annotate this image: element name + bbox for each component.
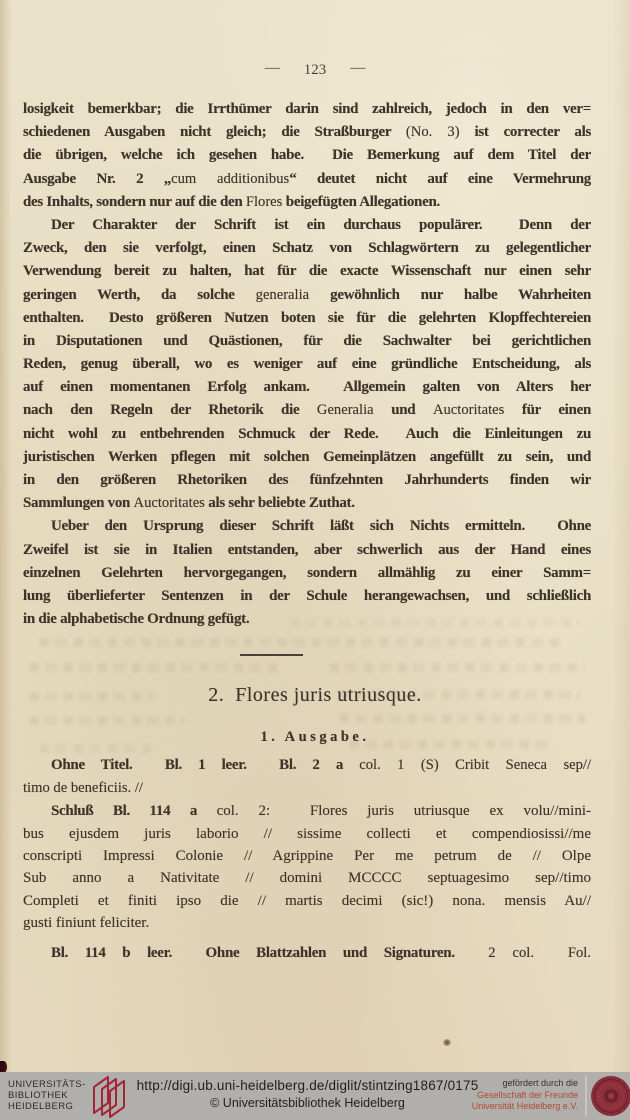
footer-bar: UNIVERSITÄTS- BIBLIOTHEK HEIDELBERG http…: [0, 1072, 630, 1120]
antiqua-text: col. 2: Flores juris utriusque ex volu//…: [217, 803, 591, 819]
antiqua-text: Auctoritates: [433, 402, 504, 418]
paragraph: Ohne Titel. Bl. 1 leer. Bl. 2 a col. 1 (…: [23, 757, 591, 803]
text-line: des Inhalts, sondern nur auf die den Flo…: [23, 194, 591, 217]
fraktur-text: “ deutet nicht auf eine Vermehrung: [289, 171, 591, 187]
text-line: Ohne Titel. Bl. 1 leer. Bl. 2 a col. 1 (…: [23, 757, 591, 780]
fraktur-text: beigefügten Allegationen.: [282, 194, 440, 210]
funding-note: gefördert durch die Gesellschaft der Fre…: [458, 1078, 578, 1113]
fraktur-text: und: [374, 402, 433, 418]
fraktur-text: Zweifel ist sie in Italien entstanden, a…: [23, 542, 591, 558]
body-text-upper: losigkeit bemerkbar; die Irrthümer darin…: [23, 101, 591, 634]
copyright-line: © Universitätsbibliothek Heidelberg: [135, 1096, 480, 1110]
text-line: conscripti Impressi Colonie // Agrippine…: [23, 848, 591, 870]
scanned-page: —123— losigkeit bemerkbar; die Irrthümer…: [0, 0, 630, 1072]
page-number-dash: —: [350, 60, 365, 76]
fraktur-text: gewöhnlich nur halbe Wahrheiten: [309, 287, 591, 303]
antiqua-text: bus ejusdem juris laborio // sissime col…: [23, 826, 591, 842]
library-name-line: UNIVERSITÄTS-: [8, 1079, 86, 1090]
paragraph: Schluß Bl. 114 a col. 2: Flores juris ut…: [23, 803, 591, 937]
antiqua-text: conscripti Impressi Colonie // Agrippine…: [23, 848, 591, 864]
text-line: schiedenen Ausgaben nicht gleich; die St…: [23, 124, 591, 147]
fraktur-text: Ohne Titel. Bl. 1 leer. Bl. 2 a: [51, 757, 359, 773]
text-line: Zweifel ist sie in Italien entstanden, a…: [23, 542, 591, 565]
antiqua-text: col. 1 (S) Cribit Seneca sep//: [359, 757, 591, 773]
text-line: Ueber den Ursprung dieser Schrift läßt s…: [23, 518, 591, 541]
fraktur-text: in die alphabetische Ordnung gefügt.: [23, 611, 249, 627]
fraktur-text: in Disputationen und Quästionen, für die…: [23, 333, 591, 349]
bleed-through: [30, 716, 185, 725]
text-line: in den größeren Rhetoriken des fünfzehnt…: [23, 472, 591, 495]
text-line: Completi et finiti ipso die // martis de…: [23, 893, 591, 915]
text-line: Sub anno a Nativitate // domini MCCCC se…: [23, 870, 591, 892]
paragraph: Der Charakter der Schrift ist ein durcha…: [23, 217, 591, 518]
bleed-through: [330, 663, 585, 672]
fraktur-text: einzelnen Gelehrten hervorgegangen, sond…: [23, 565, 591, 581]
fraktur-text: losigkeit bemerkbar; die Irrthümer darin…: [23, 101, 591, 117]
scan-url: http://digi.ub.uni-heidelberg.de/diglit/…: [135, 1078, 480, 1093]
library-name-line: BIBLIOTHEK: [8, 1090, 86, 1101]
funding-line: gefördert durch die: [458, 1078, 578, 1090]
page-number: —123—: [0, 62, 630, 79]
antiqua-text: Flores: [246, 194, 282, 210]
fraktur-text: Bl. 114 b leer. Ohne Blattzahlen und Sig…: [51, 945, 488, 961]
text-line: Schluß Bl. 114 a col. 2: Flores juris ut…: [23, 803, 591, 825]
fraktur-text: Reden, genug überall, wo es weniger auf …: [23, 356, 591, 372]
body-text-lower: Ohne Titel. Bl. 1 leer. Bl. 2 a col. 1 (…: [23, 757, 591, 968]
fraktur-text: in den größeren Rhetoriken des fünfzehnt…: [23, 472, 591, 488]
antiqua-text: 2 col. Fol.: [488, 945, 591, 961]
text-line: juristischen Werken pflegen mit solchen …: [23, 449, 591, 472]
fraktur-text: ist correcter als: [460, 124, 591, 140]
antiqua-text: Sub anno a Nativitate // domini MCCCC se…: [23, 870, 591, 886]
text-line: einzelnen Gelehrten hervorgegangen, sond…: [23, 565, 591, 588]
fraktur-text: Ueber den Ursprung dieser Schrift läßt s…: [51, 518, 591, 534]
university-seal-icon: [589, 1074, 630, 1120]
text-line: die übrigen, welche ich gesehen habe. Di…: [23, 147, 591, 170]
text-line: geringen Werth, da solche generalia gewö…: [23, 287, 591, 310]
text-line: bus ejusdem juris laborio // sissime col…: [23, 826, 591, 848]
text-line: auf einen momentanen Erfolg ankam. Allge…: [23, 379, 591, 402]
fraktur-text: als sehr beliebte Zuthat.: [205, 495, 355, 511]
text-line: timo de beneficiis. //: [23, 780, 591, 803]
fraktur-text: für einen: [504, 402, 591, 418]
antiqua-text: Auctoritates: [134, 495, 205, 511]
paper-stain: [443, 1039, 451, 1046]
fraktur-text: nach den Regeln der Rhetorik die: [23, 402, 317, 418]
text-line: lung überlieferter Sentenzen in der Schu…: [23, 588, 591, 611]
antiqua-text: Generalia: [317, 402, 374, 418]
library-name-line: HEIDELBERG: [8, 1101, 86, 1112]
bleed-through: [340, 714, 585, 723]
page-number-value: 123: [304, 62, 327, 78]
funding-line: Gesellschaft der Freunde: [458, 1090, 578, 1102]
fraktur-text: enthalten. Desto größeren Nutzen boten s…: [23, 310, 591, 326]
page-number-dash: —: [265, 60, 280, 76]
text-line: Zweck, den sie verfolgt, einen Schatz vo…: [23, 240, 591, 263]
text-line: in Disputationen und Quästionen, für die…: [23, 333, 591, 356]
text-line: nach den Regeln der Rhetorik die General…: [23, 402, 591, 425]
antiqua-text: (No. 3): [406, 124, 460, 140]
fraktur-text: Schluß Bl. 114 a: [51, 803, 217, 819]
fraktur-text: Zweck, den sie verfolgt, einen Schatz vo…: [23, 240, 591, 256]
section-heading: 2. Flores juris utriusque.: [0, 684, 630, 707]
text-line: Reden, genug überall, wo es weniger auf …: [23, 356, 591, 379]
fraktur-text: schiedenen Ausgaben nicht gleich; die St…: [23, 124, 406, 140]
antiqua-text: Completi et finiti ipso die // martis de…: [23, 893, 591, 909]
text-line: gusti finiunt feliciter.: [23, 915, 591, 937]
text-line: Sammlungen von Auctoritates als sehr bel…: [23, 495, 591, 518]
paragraph: Bl. 114 b leer. Ohne Blattzahlen und Sig…: [23, 945, 591, 968]
text-line: nicht wohl zu entbehrenden Schmuck der R…: [23, 426, 591, 449]
text-line: enthalten. Desto größeren Nutzen boten s…: [23, 310, 591, 333]
fraktur-text: Der Charakter der Schrift ist ein durcha…: [51, 217, 591, 233]
text-line: Verwendung bereit zu halten, hat für die…: [23, 263, 591, 286]
fraktur-text: nicht wohl zu entbehrenden Schmuck der R…: [23, 426, 591, 442]
library-name: UNIVERSITÄTS- BIBLIOTHEK HEIDELBERG: [8, 1079, 86, 1113]
footer-separator: [585, 1076, 587, 1116]
antiqua-text: timo de beneficiis. //: [23, 780, 143, 796]
bleed-through: [30, 663, 280, 672]
text-line: losigkeit bemerkbar; die Irrthümer darin…: [23, 101, 591, 124]
fraktur-text: auf einen momentanen Erfolg ankam. Allge…: [23, 379, 591, 395]
text-line: in die alphabetische Ordnung gefügt.: [23, 611, 591, 634]
section-rule: [240, 654, 303, 656]
text-line: Ausgabe Nr. 2 „cum additionibus“ deutet …: [23, 171, 591, 194]
antiqua-text: generalia: [256, 287, 309, 303]
fraktur-text: die übrigen, welche ich gesehen habe. Di…: [23, 147, 591, 163]
fraktur-text: des Inhalts, sondern nur auf die den: [23, 194, 246, 210]
scan-reference: http://digi.ub.uni-heidelberg.de/diglit/…: [135, 1078, 480, 1110]
text-line: Bl. 114 b leer. Ohne Blattzahlen und Sig…: [23, 945, 591, 968]
funding-line: Universität Heidelberg e.V.: [458, 1101, 578, 1113]
fraktur-text: Verwendung bereit zu halten, hat für die…: [23, 263, 591, 279]
fraktur-text: lung überlieferter Sentenzen in der Schu…: [23, 588, 591, 604]
fraktur-text: Ausgabe Nr. 2 „: [23, 171, 171, 187]
antiqua-text: gusti finiunt feliciter.: [23, 915, 149, 931]
fraktur-text: geringen Werth, da solche: [23, 287, 256, 303]
edition-subheading: 1. Ausgabe.: [0, 729, 630, 746]
ub-books-logo-icon: [88, 1073, 134, 1120]
text-line: Der Charakter der Schrift ist ein durcha…: [23, 217, 591, 240]
paragraph: Ueber den Ursprung dieser Schrift läßt s…: [23, 518, 591, 634]
bleed-through: [40, 638, 560, 647]
paragraph: losigkeit bemerkbar; die Irrthümer darin…: [23, 101, 591, 217]
fraktur-text: juristischen Werken pflegen mit solchen …: [23, 449, 591, 465]
antiqua-text: cum additionibus: [171, 171, 289, 187]
fraktur-text: Sammlungen von: [23, 495, 134, 511]
